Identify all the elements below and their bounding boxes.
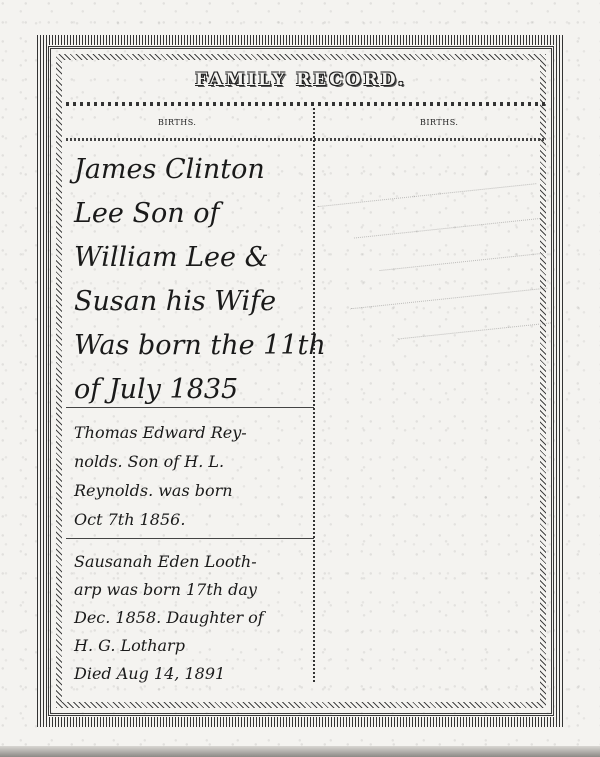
entry-line: Susan his Wife xyxy=(74,280,310,324)
entry-line: of July 1835 xyxy=(74,368,310,412)
birth-entry-sausanah-eden-lotharp: Sausanah Eden Looth- arp was born 17th d… xyxy=(74,548,310,688)
entry-divider xyxy=(66,538,314,539)
entry-line: Lee Son of xyxy=(74,192,310,236)
left-column-header: BIRTHS. xyxy=(158,118,196,127)
birth-entry-james-clinton-lee: James Clinton Lee Son of William Lee & S… xyxy=(74,148,310,412)
entry-line: Oct 7th 1856. xyxy=(74,505,310,534)
page-title: FAMILY RECORD. xyxy=(66,70,536,90)
bleed-mark xyxy=(377,229,544,271)
entry-divider xyxy=(66,407,314,408)
entry-line: arp was born 17th day xyxy=(74,576,310,604)
entry-line: Reynolds. was born xyxy=(74,476,310,505)
scan-bottom-edge xyxy=(0,746,600,757)
entry-line: James Clinton xyxy=(74,148,310,192)
entry-line: Sausanah Eden Looth- xyxy=(74,548,310,576)
entry-line: Dec. 1858. Daughter of xyxy=(74,604,310,632)
entry-line: nolds. Son of H. L. xyxy=(74,447,310,476)
entry-line: William Lee & xyxy=(74,236,310,280)
column-divider xyxy=(313,108,315,683)
entry-line: Died Aug 14, 1891 xyxy=(74,660,310,688)
right-column-header: BIRTHS. xyxy=(420,118,458,127)
birth-entry-thomas-edward-reynolds: Thomas Edward Rey- nolds. Son of H. L. R… xyxy=(74,418,310,534)
title-divider xyxy=(66,102,546,106)
entry-line: Thomas Edward Rey- xyxy=(74,418,310,447)
bleed-mark xyxy=(395,299,551,340)
entry-line: Was born the 11th xyxy=(74,324,310,368)
right-column-bleed-through xyxy=(315,159,565,480)
entry-line: H. G. Lotharp xyxy=(74,632,310,660)
header-divider xyxy=(66,138,546,141)
